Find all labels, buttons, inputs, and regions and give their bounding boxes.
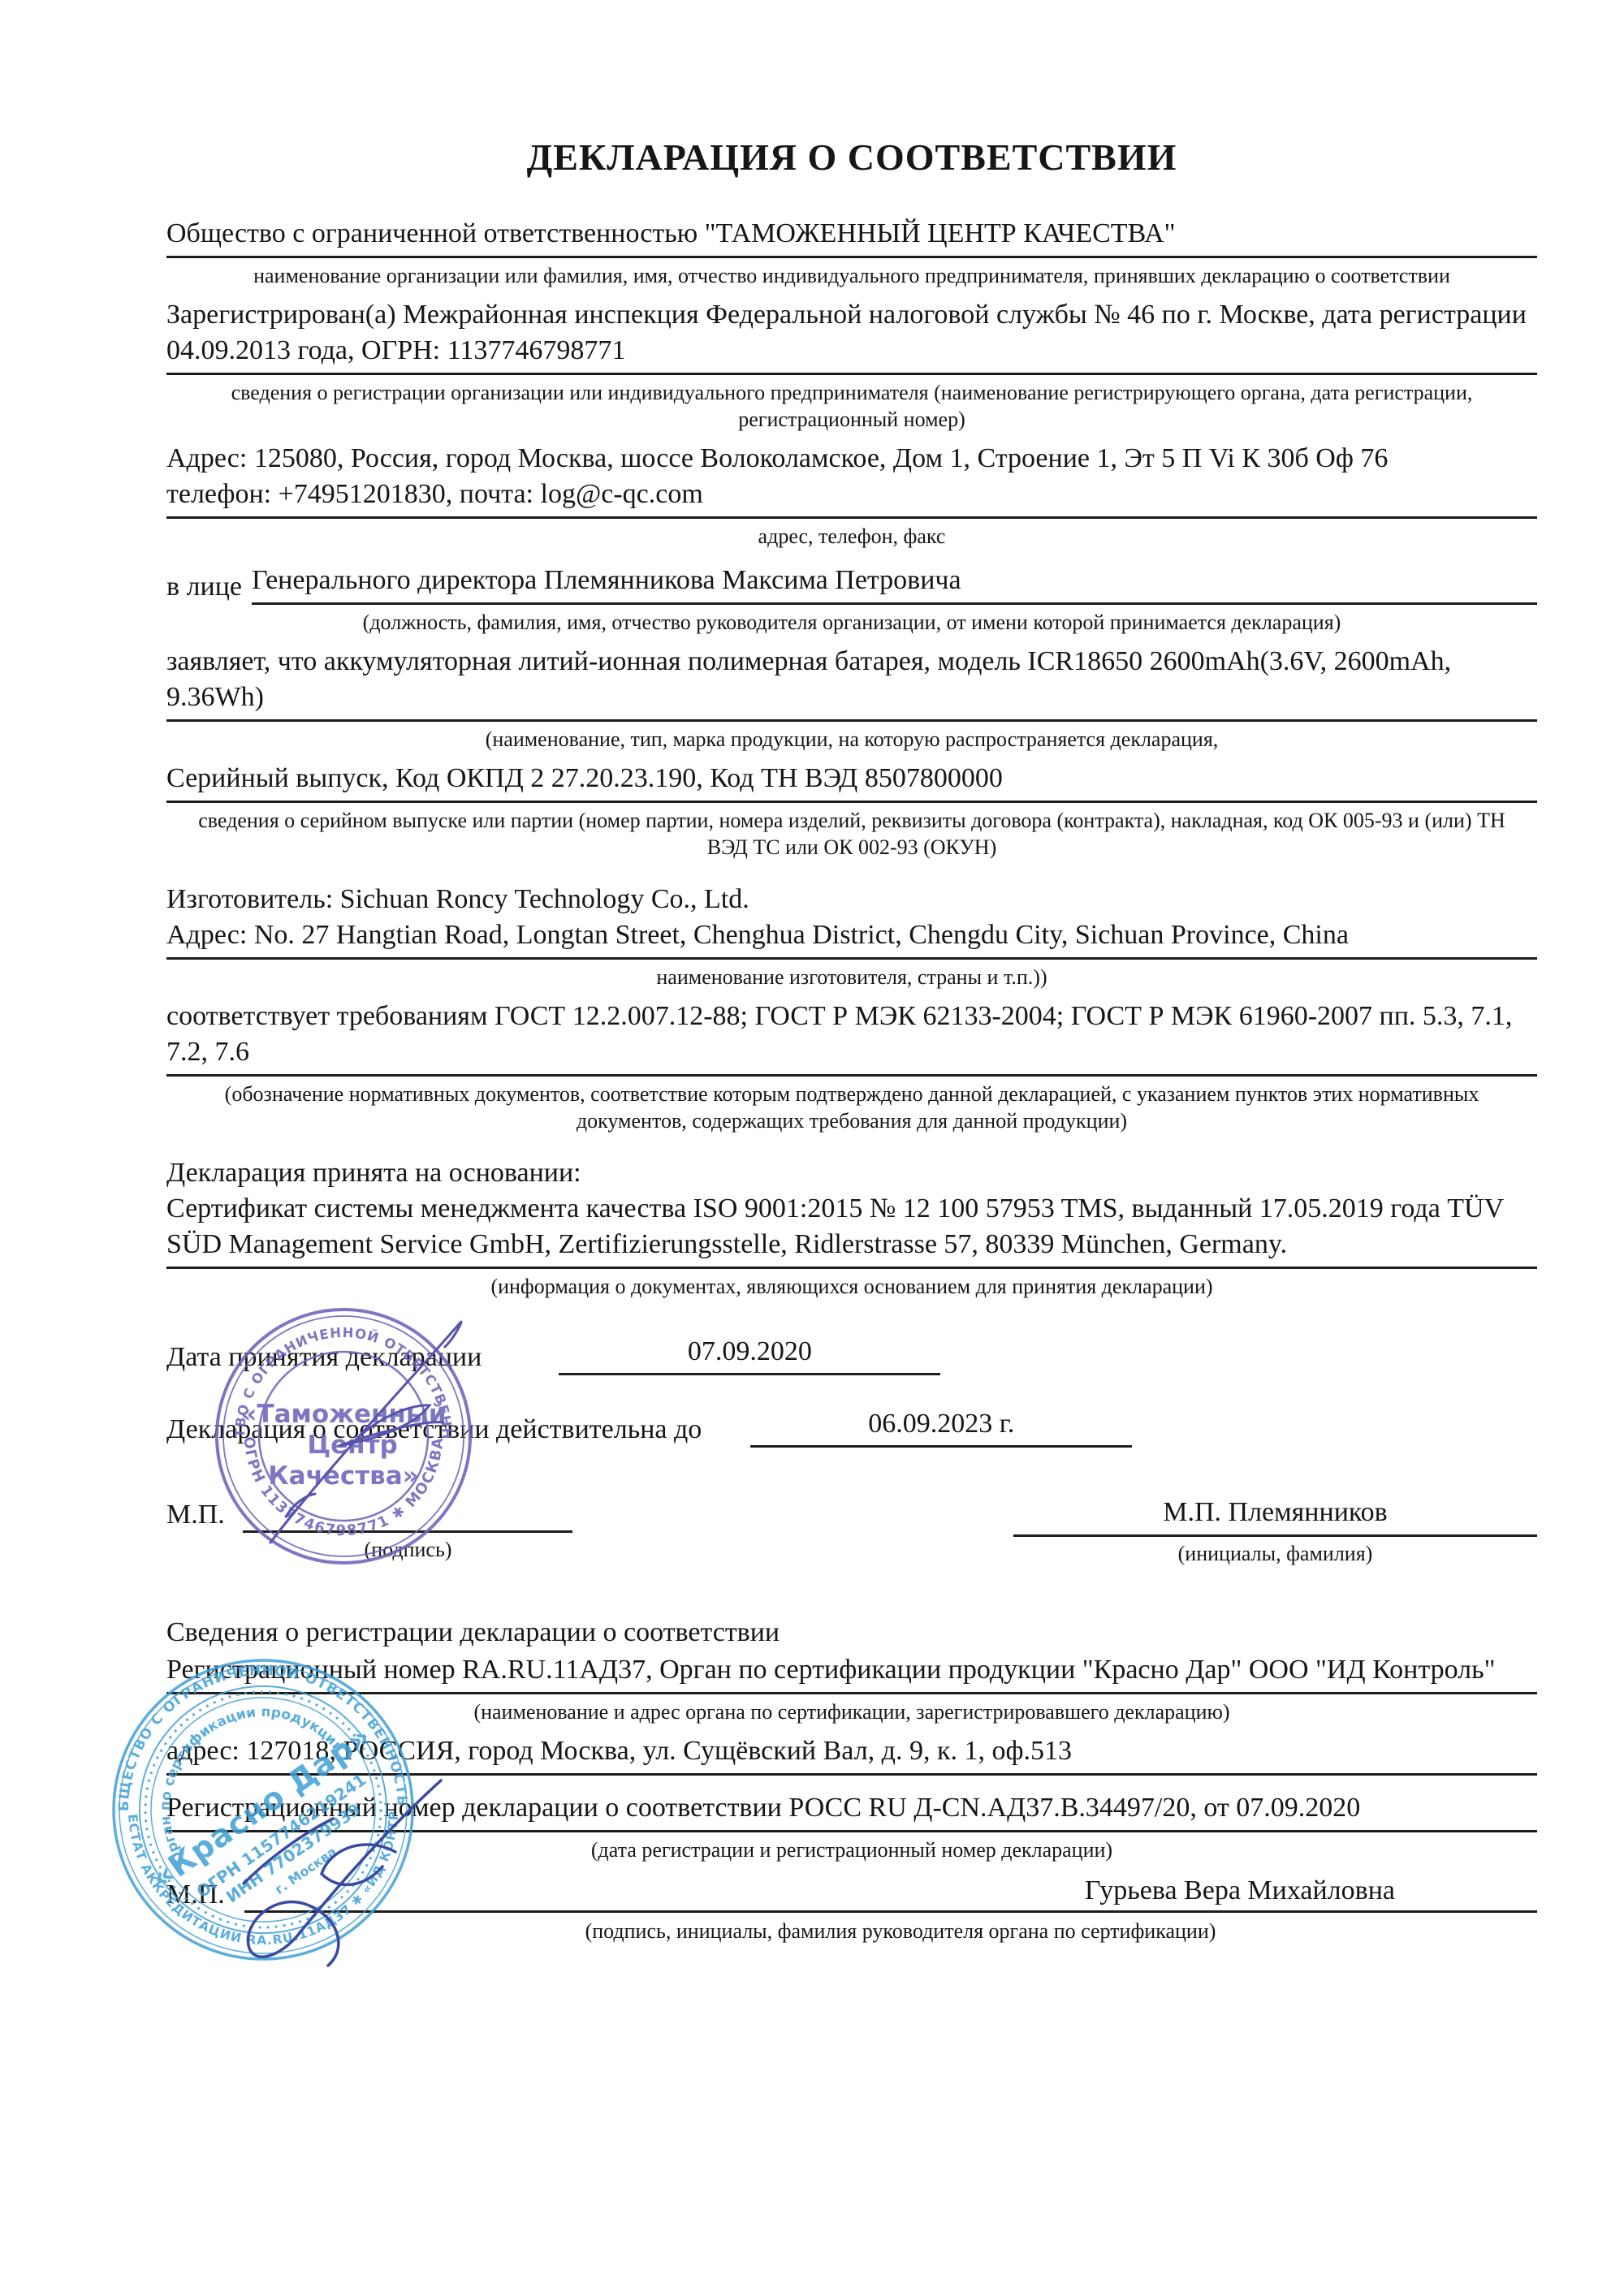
declarant-address-line2: телефон: +74951201830, почта: log@c-qc.c… bbox=[166, 477, 1537, 519]
adoption-date-value: 07.09.2020 bbox=[559, 1334, 940, 1375]
declarant-name-caption: наименование организации или фамилия, им… bbox=[166, 262, 1537, 289]
bottom-stamp-place-label: М.П. bbox=[166, 1877, 225, 1913]
signature-right-column: М.П. Племянников (инициалы, фамилия) bbox=[1013, 1495, 1537, 1566]
basis-certificate-caption: (информация о документах, являющихся осн… bbox=[166, 1273, 1537, 1300]
declarant-address-caption: адрес, телефон, факс bbox=[166, 523, 1537, 550]
valid-until-value: 06.09.2023 г. bbox=[750, 1406, 1132, 1448]
bottom-signature-row: М.П. Гурьева Вера Михайловна bbox=[166, 1873, 1537, 1913]
certification-body-address: адрес: 127018, РОССИЯ, город Москва, ул.… bbox=[166, 1733, 1537, 1776]
declarant-head-prefix: в лице bbox=[166, 569, 252, 605]
declarant-name-line: Общество с ограниченной ответственностью… bbox=[166, 216, 1537, 258]
registration-heading: Сведения о регистрации декларации о соот… bbox=[166, 1615, 1537, 1651]
product-serial-caption: сведения о серийном выпуске или партии (… bbox=[166, 807, 1537, 861]
declaration-document: ДЕКЛАРАЦИЯ О СООТВЕТСТВИИ Общество с огр… bbox=[0, 0, 1624, 2296]
registration-number-caption: (наименование и адрес органа по сертифик… bbox=[166, 1698, 1537, 1725]
signature-caption: (подпись) bbox=[244, 1538, 572, 1562]
registration-number-line: Регистрационный номер RA.RU.11АД37, Орга… bbox=[166, 1652, 1537, 1694]
product-declares-line: заявляет, что аккумуляторная литий-ионна… bbox=[166, 644, 1537, 722]
declarant-registration-caption: сведения о регистрации организации или и… bbox=[166, 379, 1537, 433]
manufacturer-address-line: Адрес: No. 27 Hangtian Road, Longtan Str… bbox=[166, 917, 1537, 960]
product-declares-caption: (наименование, тип, марка продукции, на … bbox=[166, 726, 1537, 753]
document-content: ДЕКЛАРАЦИЯ О СООТВЕТСТВИИ Общество с огр… bbox=[166, 0, 1537, 1944]
certification-head-name: Гурьева Вера Михайловна bbox=[1085, 1873, 1395, 1909]
basis-heading: Декларация принята на основании: bbox=[166, 1155, 1537, 1191]
standards-caption: (обозначение нормативных документов, соо… bbox=[166, 1081, 1537, 1134]
bottom-signature-caption: (подпись, инициалы, фамилия руководителя… bbox=[166, 1919, 1537, 1944]
signature-line bbox=[243, 1495, 572, 1533]
declarant-registration-line: Зарегистрирован(а) Межрайонная инспекция… bbox=[166, 297, 1537, 375]
signature-left-column: М.П. (подпись) bbox=[166, 1495, 572, 1566]
declarant-head-value: Генерального директора Племянникова Макс… bbox=[252, 563, 1537, 605]
manufacturer-line: Изготовитель: Sichuan Roncy Technology C… bbox=[166, 882, 1537, 917]
product-serial-line: Серийный выпуск, Код ОКПД 2 27.20.23.190… bbox=[166, 761, 1537, 803]
adoption-date-row: Дата принятия декларации 07.09.2020 bbox=[166, 1334, 1537, 1375]
stamp-place-row: М.П. bbox=[166, 1495, 572, 1533]
stamp-place-label: М.П. bbox=[166, 1497, 225, 1533]
declarant-address-line1: Адрес: 125080, Россия, город Москва, шос… bbox=[166, 441, 1537, 477]
declarant-head-caption: (должность, фамилия, имя, отчество руков… bbox=[166, 609, 1537, 636]
manufacturer-caption: наименование изготовителя, страны и т.п.… bbox=[166, 964, 1537, 990]
adoption-date-label: Дата принятия декларации bbox=[166, 1340, 482, 1375]
bottom-signature-line: Гурьева Вера Михайловна bbox=[244, 1873, 1537, 1913]
declarant-address-block: Адрес: 125080, Россия, город Москва, шос… bbox=[166, 441, 1537, 519]
valid-until-row: Декларация о соответствии действительна … bbox=[166, 1406, 1537, 1448]
signature-row: М.П. (подпись) М.П. Племянников (инициал… bbox=[166, 1495, 1537, 1566]
valid-until-label: Декларация о соответствии действительна … bbox=[166, 1412, 702, 1448]
declaration-number-caption: (дата регистрации и регистрационный номе… bbox=[166, 1836, 1537, 1863]
page-title: ДЕКЛАРАЦИЯ О СООТВЕТСТВИИ bbox=[166, 136, 1537, 179]
basis-certificate-line: Сертификат системы менеджмента качества … bbox=[166, 1191, 1537, 1269]
initials-caption: (инициалы, фамилия) bbox=[1013, 1542, 1537, 1566]
director-initials-name: М.П. Племянников bbox=[1013, 1495, 1537, 1537]
declarant-head-row: в лице Генерального директора Племяннико… bbox=[166, 563, 1537, 605]
declaration-number-line: Регистрационный номер декларации о соотв… bbox=[166, 1790, 1537, 1832]
standards-line: соответствует требованиям ГОСТ 12.2.007.… bbox=[166, 999, 1537, 1077]
